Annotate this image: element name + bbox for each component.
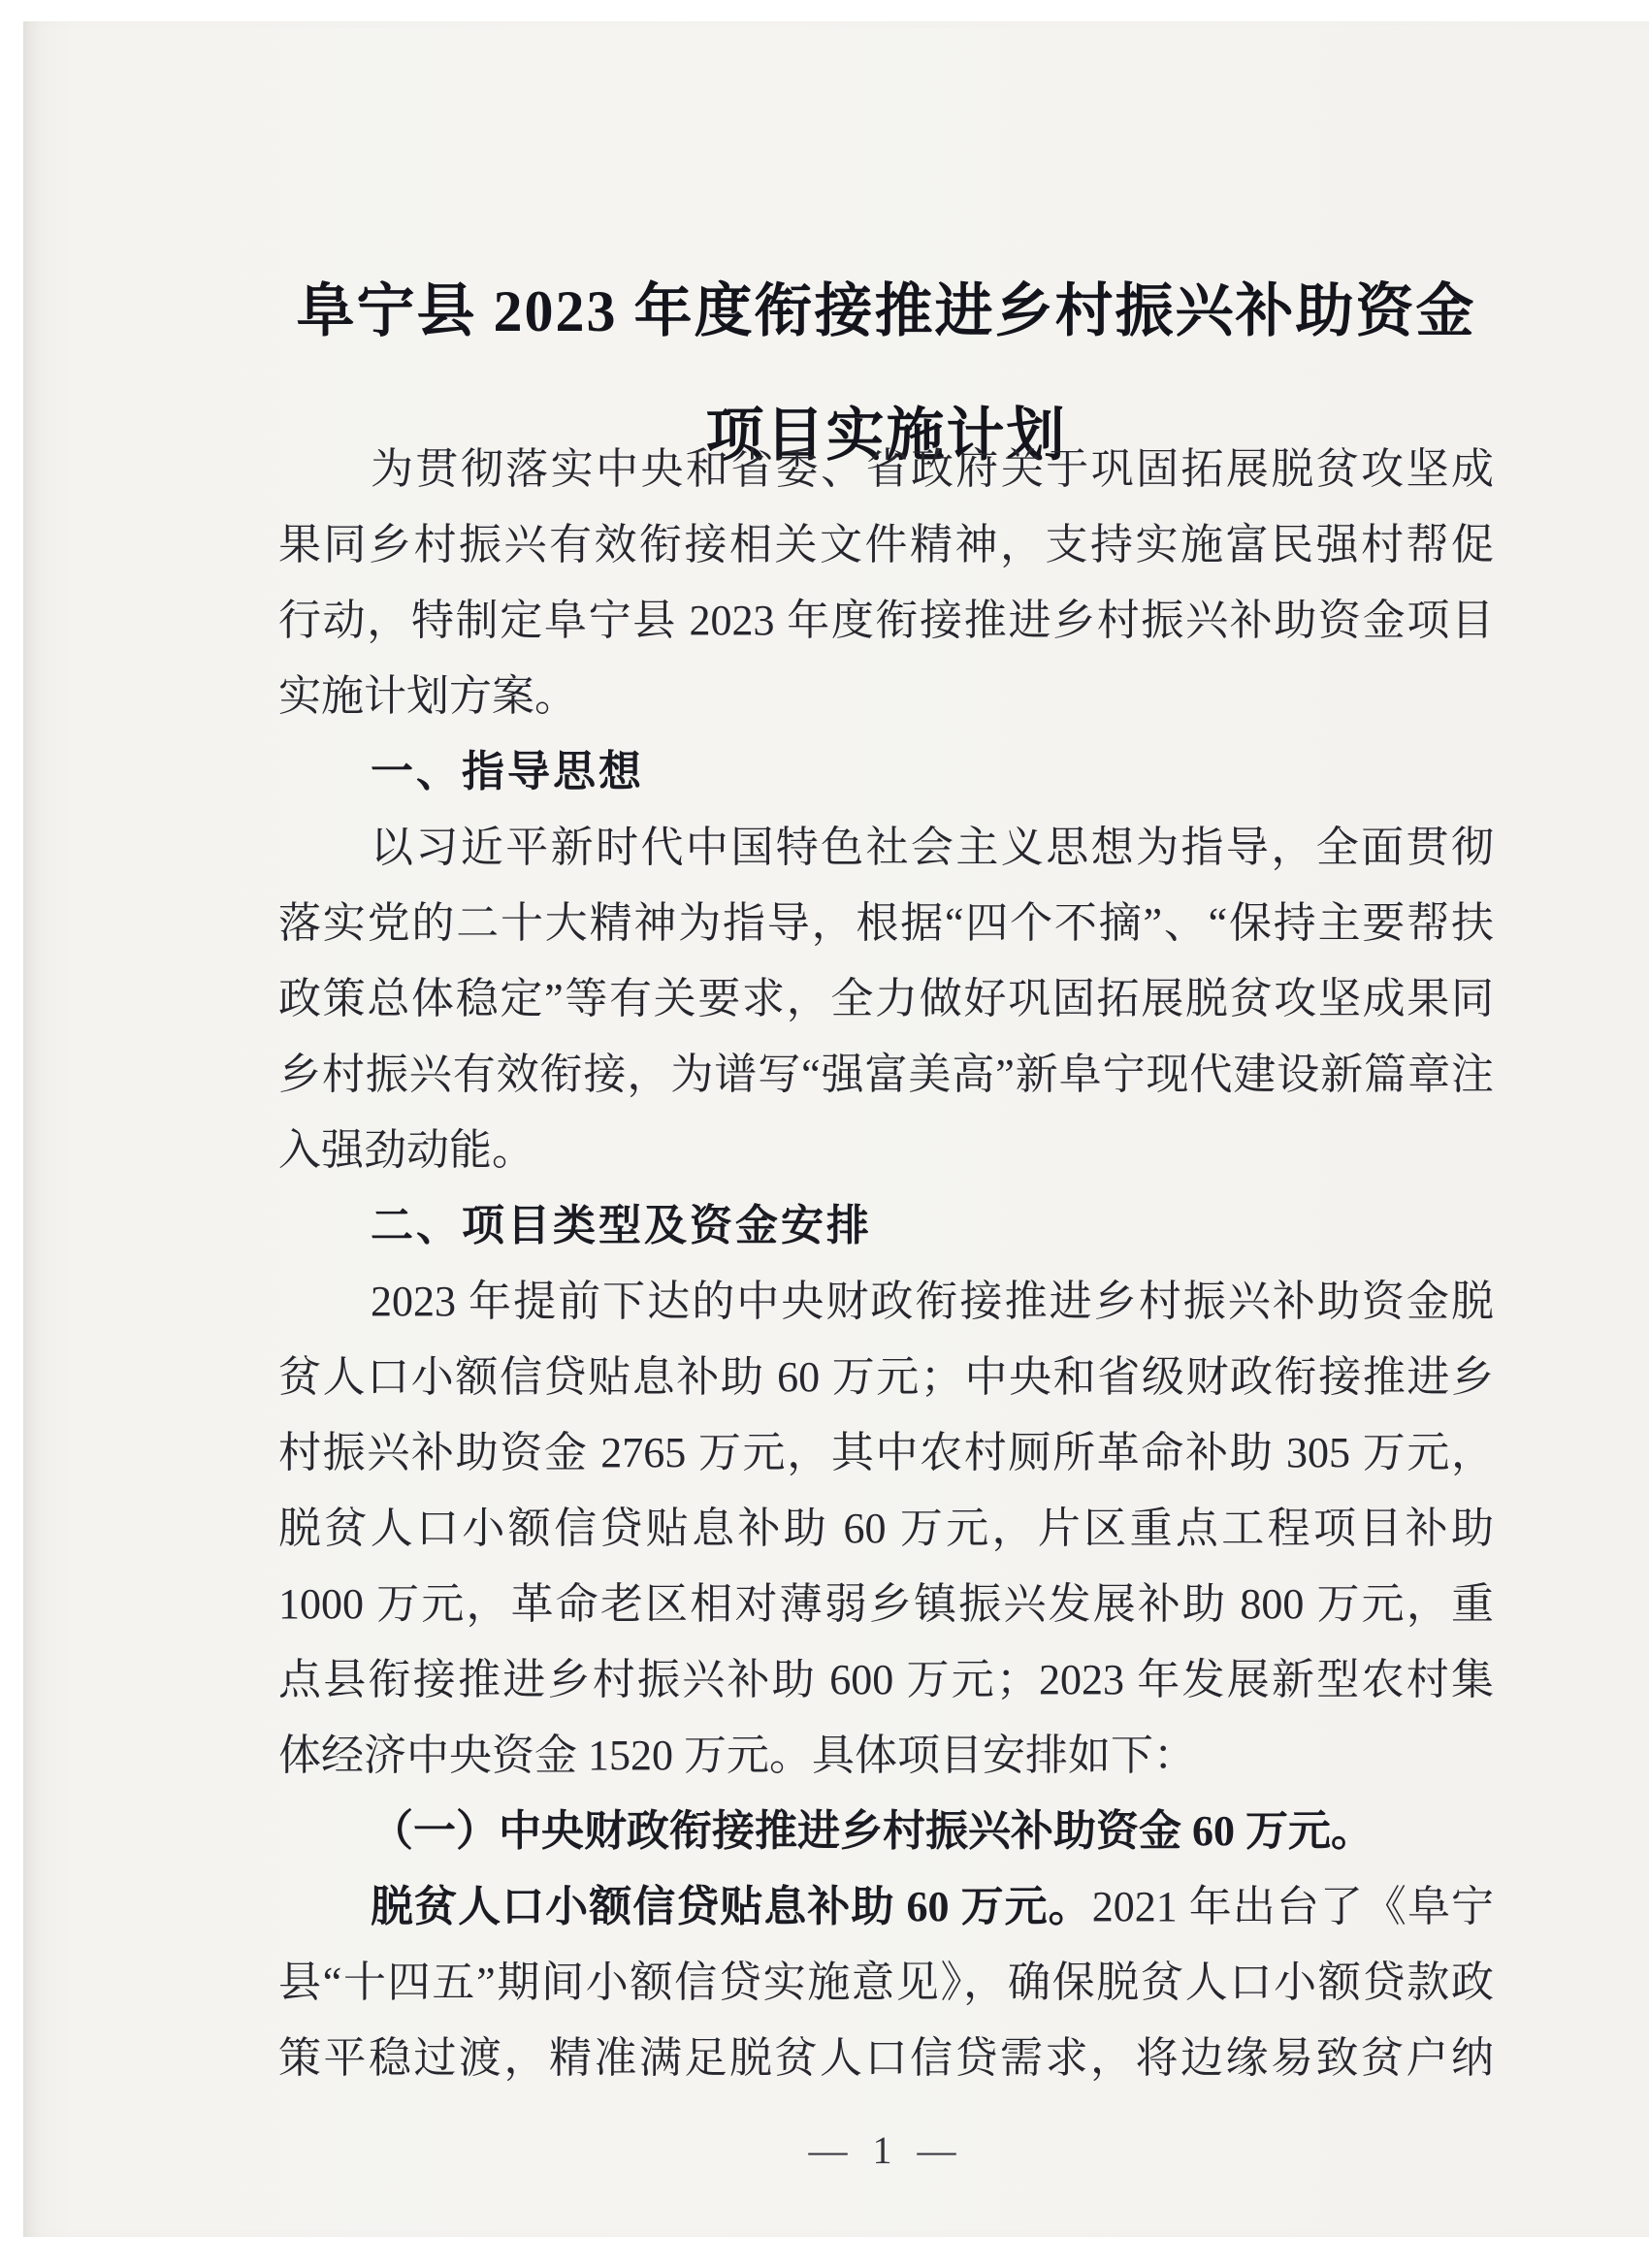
text-segment: 入强劲动能。 <box>278 1126 534 1174</box>
text-segment: 脱贫人口小额信贷贴息补助 60 万元，片区重点工程项目补助 <box>278 1505 1494 1552</box>
text-segment: 脱贫人口小额信贷贴息补助 60 万元。 <box>371 1883 1092 1930</box>
text-segment: 二、项目类型及资金安排 <box>371 1202 872 1249</box>
text-line-15: 脱贫人口小额信贷贴息补助 60 万元，片区重点工程项目补助 <box>278 1491 1494 1567</box>
text-segment: 贫人口小额信贷贴息补助 60 万元；中央和省级财政衔接推进乡 <box>278 1353 1494 1401</box>
text-segment: 为贯彻落实中央和省委、省政府关于巩固拓展脱贫攻坚成 <box>371 445 1494 493</box>
text-segment: 村振兴补助资金 2765 万元，其中农村厕所革命补助 305 万元， <box>278 1429 1494 1476</box>
text-line-7: 落实党的二十大精神为指导，根据“四个不摘”、“保持主要帮扶 <box>278 886 1494 961</box>
text-segment: 2023 年提前下达的中央财政衔接推进乡村振兴补助资金脱 <box>371 1278 1494 1325</box>
text-segment: 果同乡村振兴有效衔接相关文件精神，支持实施富民强村帮促 <box>278 521 1494 568</box>
text-line-20: 脱贫人口小额信贷贴息补助 60 万元。2021 年出台了《阜宁 <box>278 1869 1494 1945</box>
text-segment: 点县衔接推进乡村振兴补助 600 万元；2023 年发展新型农村集 <box>278 1656 1494 1703</box>
text-line-1: 为贯彻落实中央和省委、省政府关于巩固拓展脱贫攻坚成 <box>278 432 1494 507</box>
text-segment: 行动，特制定阜宁县 2023 年度衔接推进乡村振兴补助资金项目 <box>278 597 1494 644</box>
text-segment: 落实党的二十大精神为指导，根据“四个不摘”、“保持主要帮扶 <box>278 899 1494 947</box>
text-segment: 体经济中央资金 1520 万元。具体项目安排如下： <box>278 1732 1196 1779</box>
text-line-16: 1000 万元，革命老区相对薄弱乡镇振兴发展补助 800 万元，重 <box>278 1567 1494 1642</box>
text-line-14: 村振兴补助资金 2765 万元，其中农村厕所革命补助 305 万元， <box>278 1415 1494 1491</box>
text-segment: 政策总体稳定”等有关要求，全力做好巩固拓展脱贫攻坚成果同 <box>278 975 1494 1022</box>
text-segment: 县“十四五”期间小额信贷实施意见》，确保脱贫人口小额贷款政 <box>278 1959 1494 2006</box>
text-segment: 一、指导思想 <box>371 748 644 795</box>
text-line-9: 乡村振兴有效衔接，为谱写“强富美高”新阜宁现代建设新篇章注 <box>278 1037 1494 1113</box>
text-line-10: 入强劲动能。 <box>278 1113 1494 1188</box>
text-line-22: 策平稳过渡，精准满足脱贫人口信贷需求，将边缘易致贫户纳 <box>278 2021 1494 2096</box>
text-line-3: 行动，特制定阜宁县 2023 年度衔接推进乡村振兴补助资金项目 <box>278 583 1494 659</box>
text-line-5: 一、指导思想 <box>278 734 1494 810</box>
scanner-background: 阜宁县 2023 年度衔接推进乡村振兴补助资金 项目实施计划 为贯彻落实中央和省… <box>0 0 1649 2268</box>
text-segment: （一）中央财政衔接推进乡村振兴补助资金 60 万元。 <box>371 1807 1374 1855</box>
text-line-17: 点县衔接推进乡村振兴补助 600 万元；2023 年发展新型农村集 <box>278 1642 1494 1718</box>
document-body: 为贯彻落实中央和省委、省政府关于巩固拓展脱贫攻坚成果同乡村振兴有效衔接相关文件精… <box>278 432 1494 2096</box>
text-line-11: 二、项目类型及资金安排 <box>278 1188 1494 1264</box>
title-line-1: 阜宁县 2023 年度衔接推进乡村振兴补助资金 <box>278 249 1494 373</box>
document-page: 阜宁县 2023 年度衔接推进乡村振兴补助资金 项目实施计划 为贯彻落实中央和省… <box>23 21 1649 2237</box>
text-line-8: 政策总体稳定”等有关要求，全力做好巩固拓展脱贫攻坚成果同 <box>278 961 1494 1037</box>
text-segment: 2021 年出台了《阜宁 <box>1092 1883 1494 1930</box>
text-segment: 1000 万元，革命老区相对薄弱乡镇振兴发展补助 800 万元，重 <box>278 1580 1494 1628</box>
text-segment: 实施计划方案。 <box>278 672 577 720</box>
text-line-6: 以习近平新时代中国特色社会主义思想为指导，全面贯彻 <box>278 810 1494 886</box>
text-line-4: 实施计划方案。 <box>278 659 1494 734</box>
page-number: — 1 — <box>278 2120 1494 2182</box>
text-line-2: 果同乡村振兴有效衔接相关文件精神，支持实施富民强村帮促 <box>278 507 1494 583</box>
text-line-13: 贫人口小额信贷贴息补助 60 万元；中央和省级财政衔接推进乡 <box>278 1340 1494 1415</box>
text-segment: 策平稳过渡，精准满足脱贫人口信贷需求，将边缘易致贫户纳 <box>278 2034 1494 2082</box>
text-line-18: 体经济中央资金 1520 万元。具体项目安排如下： <box>278 1718 1494 1794</box>
text-segment: 以习近平新时代中国特色社会主义思想为指导，全面贯彻 <box>371 824 1494 871</box>
text-line-21: 县“十四五”期间小额信贷实施意见》，确保脱贫人口小额贷款政 <box>278 1945 1494 2021</box>
text-line-12: 2023 年提前下达的中央财政衔接推进乡村振兴补助资金脱 <box>278 1264 1494 1340</box>
text-segment: 乡村振兴有效衔接，为谱写“强富美高”新阜宁现代建设新篇章注 <box>278 1051 1494 1098</box>
text-line-19: （一）中央财政衔接推进乡村振兴补助资金 60 万元。 <box>278 1794 1494 1869</box>
